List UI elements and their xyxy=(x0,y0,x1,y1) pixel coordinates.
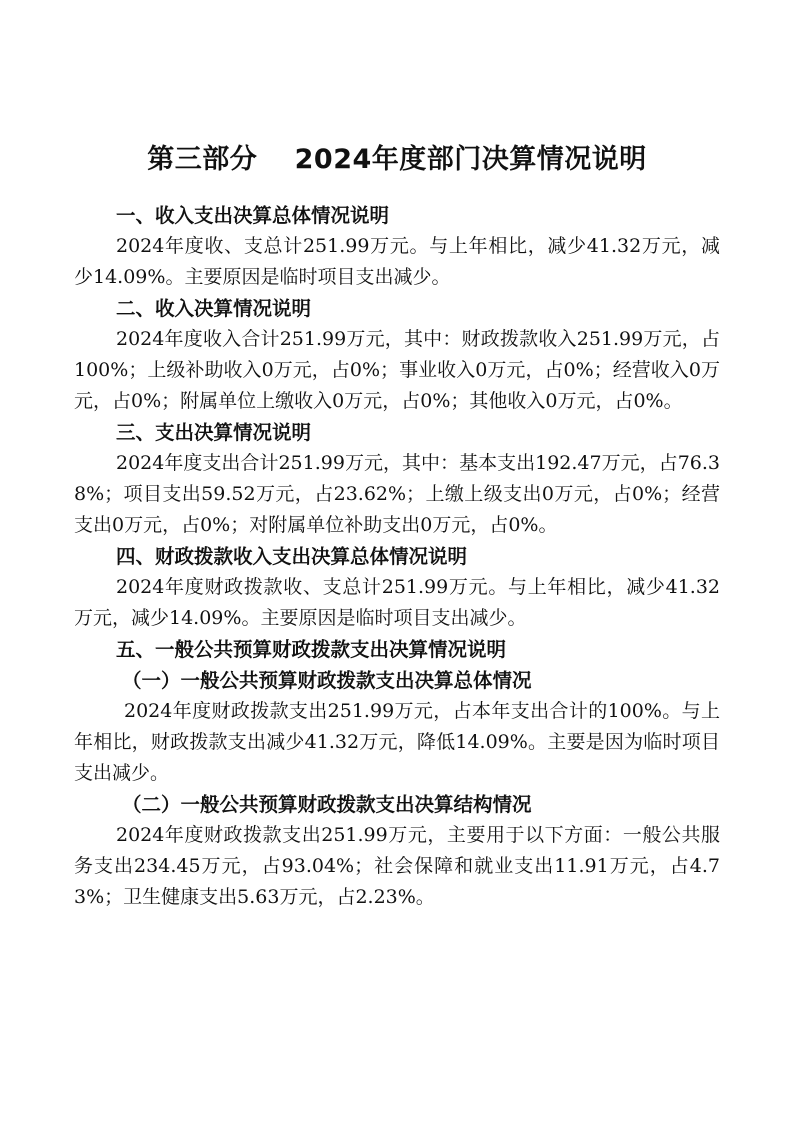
subsection-overall: （一）一般公共预算财政拨款支出决算总体情况 2024年度财政拨款支出251.99… xyxy=(74,665,720,789)
subsection-heading: （一）一般公共预算财政拨款支出决算总体情况 xyxy=(74,665,720,696)
section-paragraph: 2024年度财政拨款收、支总计251.99万元。与上年相比，减少41.32万元，… xyxy=(74,572,720,634)
subsection-paragraph: 2024年度财政拨款支出251.99万元，占本年支出合计的100%。与上年相比，… xyxy=(74,696,720,789)
section-general-public-budget: 五、一般公共预算财政拨款支出决算情况说明 （一）一般公共预算财政拨款支出决算总体… xyxy=(74,634,720,913)
subsection-structure: （二）一般公共预算财政拨款支出决算结构情况 2024年度财政拨款支出251.99… xyxy=(74,789,720,913)
page-title: 第三部分 2024年度部门决算情况说明 xyxy=(74,140,720,180)
section-income-expense-overview: 一、收入支出决算总体情况说明 2024年度收、支总计251.99万元。与上年相比… xyxy=(74,200,720,293)
section-heading: 四、财政拨款收入支出决算总体情况说明 xyxy=(74,541,720,572)
section-income-details: 二、收入决算情况说明 2024年度收入合计251.99万元，其中：财政拨款收入2… xyxy=(74,293,720,417)
section-heading: 五、一般公共预算财政拨款支出决算情况说明 xyxy=(74,634,720,665)
section-expense-details: 三、支出决算情况说明 2024年度支出合计251.99万元，其中：基本支出192… xyxy=(74,417,720,541)
section-heading: 二、收入决算情况说明 xyxy=(74,293,720,324)
subsection-paragraph: 2024年度财政拨款支出251.99万元，主要用于以下方面：一般公共服务支出23… xyxy=(74,820,720,913)
section-paragraph: 2024年度收、支总计251.99万元。与上年相比，减少41.32万元，减少14… xyxy=(74,231,720,293)
section-heading: 三、支出决算情况说明 xyxy=(74,417,720,448)
document-page: 第三部分 2024年度部门决算情况说明 一、收入支出决算总体情况说明 2024年… xyxy=(74,140,720,913)
section-heading: 一、收入支出决算总体情况说明 xyxy=(74,200,720,231)
subsection-heading: （二）一般公共预算财政拨款支出决算结构情况 xyxy=(74,789,720,820)
section-paragraph: 2024年度支出合计251.99万元，其中：基本支出192.47万元，占76.3… xyxy=(74,448,720,541)
section-paragraph: 2024年度收入合计251.99万元，其中：财政拨款收入251.99万元，占10… xyxy=(74,324,720,417)
section-fiscal-appropriation-overview: 四、财政拨款收入支出决算总体情况说明 2024年度财政拨款收、支总计251.99… xyxy=(74,541,720,634)
